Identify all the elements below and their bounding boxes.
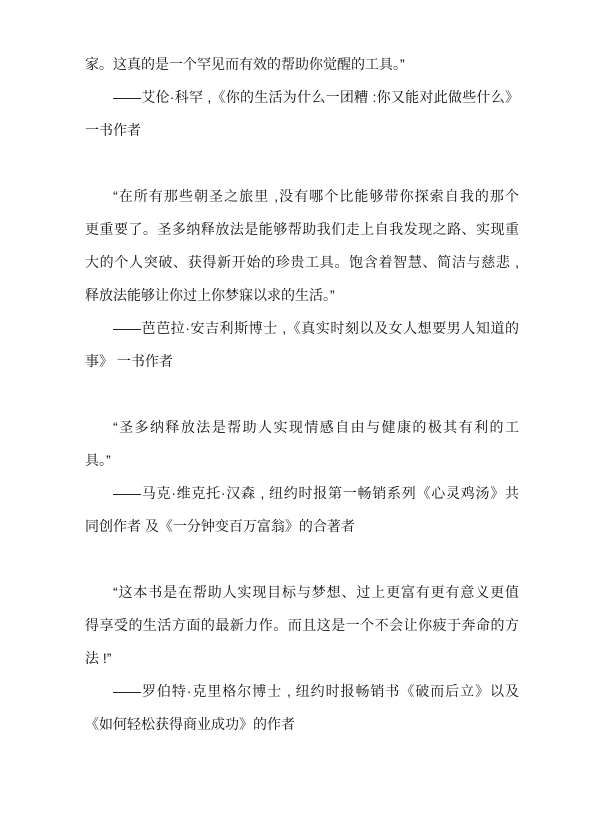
text-line: ——马克·维克托·汉森 , 纽约时报第一畅销系列《心灵鸡汤》共	[85, 477, 519, 510]
text-line: ——艾伦·科罕 ,《你的生活为什么一团糟 :你又能对此做些什么》	[85, 81, 519, 114]
quote-paragraph-3: “圣多纳释放法是帮助人实现情感自由与健康的极其有利的工 具。”	[85, 411, 519, 477]
document-page: 家。这真的是一个罕见而有效的帮助你觉醒的工具。” ——艾伦·科罕 ,《你的生活为…	[0, 0, 592, 821]
text-line: “这本书是在帮助人实现目标与梦想、过上更富有更有意义更值	[85, 576, 519, 609]
text-line: 事》 一书作者	[85, 345, 519, 378]
text-line: “圣多纳释放法是帮助人实现情感自由与健康的极其有利的工	[85, 411, 519, 444]
page-text-content: 家。这真的是一个罕见而有效的帮助你觉醒的工具。” ——艾伦·科罕 ,《你的生活为…	[85, 48, 519, 741]
text-line: “在所有那些朝圣之旅里 ,没有哪个比能够带你探索自我的那个	[85, 180, 519, 213]
text-line: 具。”	[85, 444, 519, 477]
quote-paragraph-2: “在所有那些朝圣之旅里 ,没有哪个比能够带你探索自我的那个 更重要了。圣多纳释放…	[85, 180, 519, 312]
text-line: 大的个人突破、获得新开始的珍贵工具。饱含着智慧、简洁与慈悲 ,	[85, 246, 519, 279]
attribution-2: ——芭芭拉·安吉利斯博士 ,《真实时刻以及女人想要男人知道的 事》 一书作者	[85, 312, 519, 378]
text-line: 《如何轻松获得商业成功》的作者	[85, 708, 519, 741]
attribution-3: ——马克·维克托·汉森 , 纽约时报第一畅销系列《心灵鸡汤》共 同创作者 及《一…	[85, 477, 519, 543]
text-line: 同创作者 及《一分钟变百万富翁》的合著者	[85, 510, 519, 543]
text-line: ——芭芭拉·安吉利斯博士 ,《真实时刻以及女人想要男人知道的	[85, 312, 519, 345]
attribution-4: ——罗伯特·克里格尔博士 , 纽约时报畅销书《破而后立》以及 《如何轻松获得商业…	[85, 675, 519, 741]
text-line: 一书作者	[85, 114, 519, 147]
quote-paragraph-4: “这本书是在帮助人实现目标与梦想、过上更富有更有意义更值 得享受的生活方面的最新…	[85, 576, 519, 675]
text-line: 家。这真的是一个罕见而有效的帮助你觉醒的工具。”	[85, 48, 519, 81]
quote-paragraph-1: 家。这真的是一个罕见而有效的帮助你觉醒的工具。”	[85, 48, 519, 81]
attribution-1: ——艾伦·科罕 ,《你的生活为什么一团糟 :你又能对此做些什么》 一书作者	[85, 81, 519, 147]
text-line: ——罗伯特·克里格尔博士 , 纽约时报畅销书《破而后立》以及	[85, 675, 519, 708]
text-line: 释放法能够让你过上你梦寐以求的生活。”	[85, 279, 519, 312]
text-line: 法 !”	[85, 642, 519, 675]
text-line: 得享受的生活方面的最新力作。而且这是一个不会让你疲于奔命的方	[85, 609, 519, 642]
text-line: 更重要了。圣多纳释放法是能够帮助我们走上自我发现之路、实现重	[85, 213, 519, 246]
